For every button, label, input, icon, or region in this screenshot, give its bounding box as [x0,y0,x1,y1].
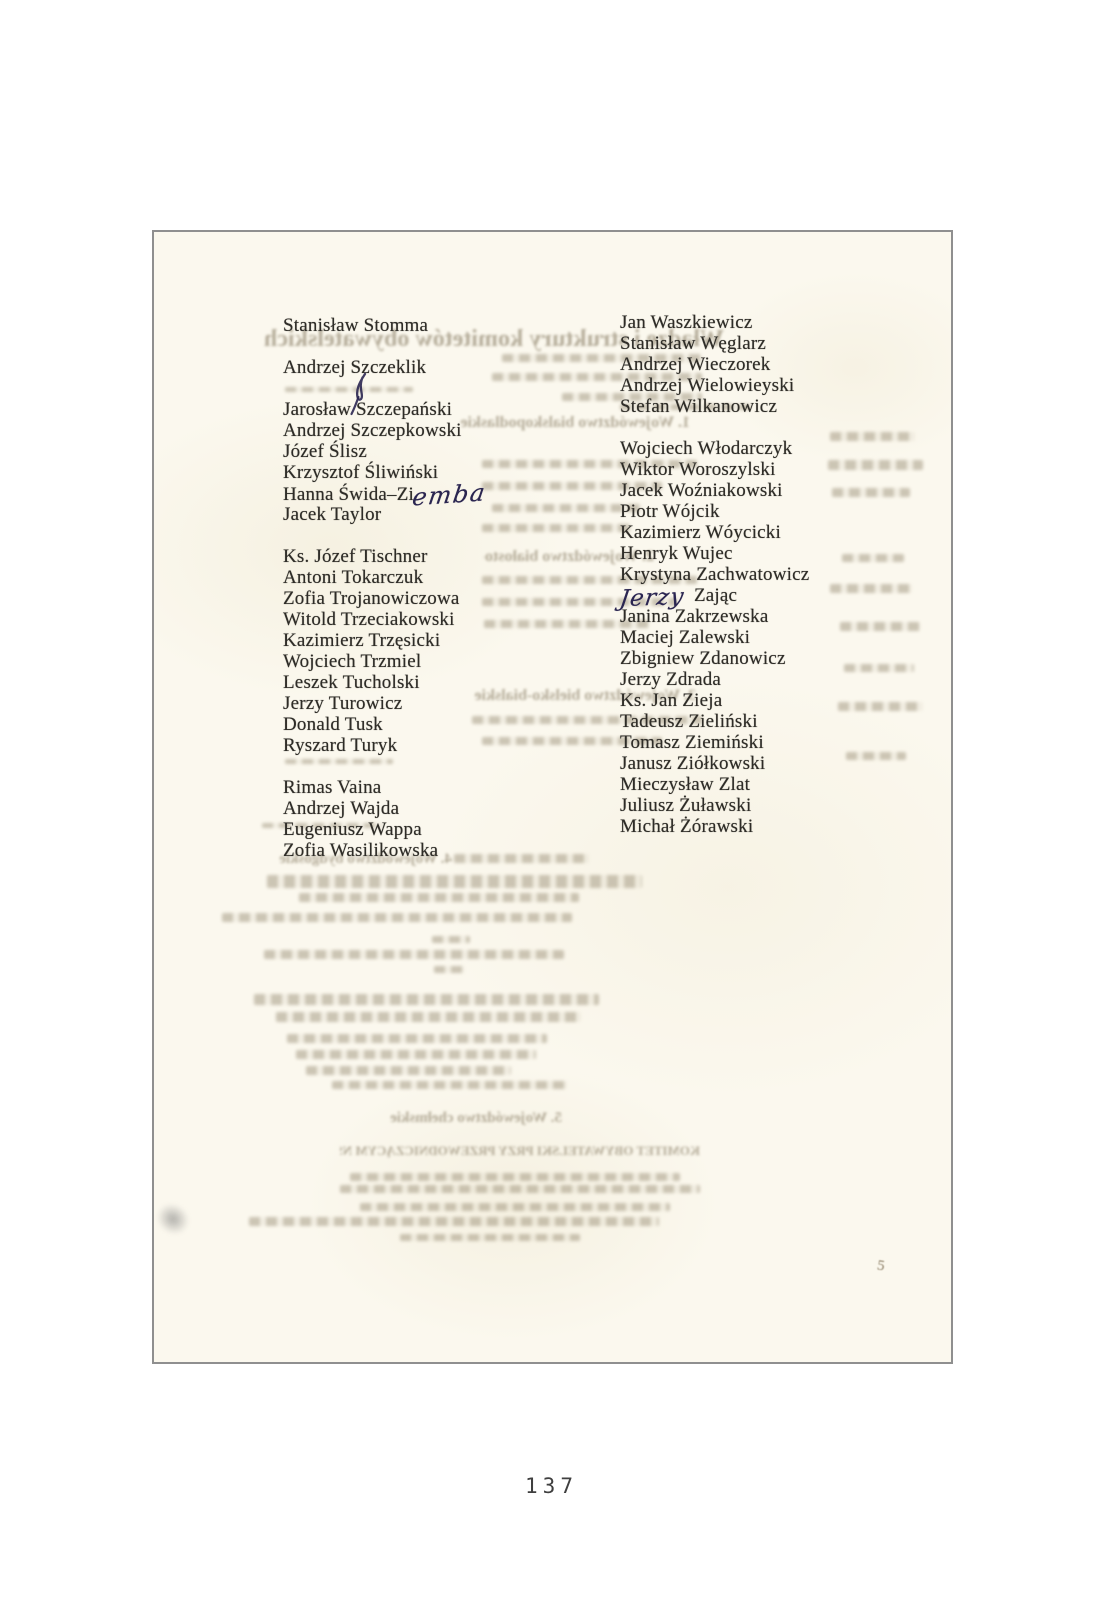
name-row: Hanna Świda–Ziemba [283,483,486,504]
names-column-right: Jan WaszkiewiczStanisław WęglarzAndrzej … [620,312,809,858]
name-row: Mieczysław Zlat [620,774,809,795]
name-row: Henryk Wujec [620,543,809,564]
typed-name: Wiktor Woroszylski [620,459,776,480]
typed-name: Ryszard Turyk [283,735,397,756]
typed-name: Wojciech Trzmiel [283,651,421,672]
name-row: Andrzej Szczeklik [283,357,486,378]
name-row: Jarosław Szczepański [283,399,486,420]
typed-name: Antoni Tokarczuk [283,567,423,588]
typed-name: Leszek Tucholski [283,672,420,693]
name-row: Jerzy Zdrada [620,669,809,690]
bleedthrough-bar [846,752,906,760]
name-row: Ks. Józef Tischner [283,546,486,567]
name-row: Stanisław Węglarz [620,333,809,354]
bleedthrough-bar [264,950,564,959]
bleedthrough-bar [249,1217,659,1226]
typed-name: Juliusz Żuławski [620,795,751,816]
typed-name: Mieczysław Zlat [620,774,750,795]
typed-name: Andrzej Szczepkowski [283,420,462,441]
bleedthrough-bar [254,994,599,1005]
bleedthrough-bar [400,1234,580,1241]
bleedthrough-bar [287,1034,547,1043]
name-row: Leszek Tucholski [283,672,486,693]
name-row: Piotr Wójcik [620,501,809,522]
name-row: Antoni Tokarczuk [283,567,486,588]
bleedthrough-bar [332,1081,567,1089]
bleedthrough-bar [299,893,579,902]
name-row: Stanisław Stomma [283,315,486,336]
bleedthrough-heading: KOMITET OBYWATELSKI PRZY PRZEWODNICZĄCYM… [340,1143,700,1159]
name-row: Zofia Trojanowiczowa [283,588,486,609]
name-row: Andrzej Szczepkowski [283,420,486,441]
typed-name: Stanisław Stomma [283,315,428,336]
footer-page-number: 137 [0,1474,1103,1498]
scanned-document-view: { "scan_page": { "paper_color": "#fbf8ee… [0,0,1103,1600]
name-group: Stanisław Stomma [283,315,486,336]
name-row: Janusz Ziółkowski [620,753,809,774]
bleedthrough-bar [434,966,464,973]
name-row: Zbigniew Zdanowicz [620,648,809,669]
typed-name: Krzysztof Śliwiński [283,462,438,483]
typed-name: Maciej Zalewski [620,627,750,648]
typed-name: Donald Tusk [283,714,383,735]
typed-name: Janusz Ziółkowski [620,753,765,774]
bleedthrough-bar [276,1012,581,1022]
bleedthrough-bar [222,913,572,922]
name-row: Tadeusz Zieliński [620,711,809,732]
bleedthrough-bar [296,1050,536,1059]
bleedthrough-bar [482,524,632,532]
bleedthrough-bar [360,1203,670,1211]
typed-name: Kazimierz Wóycicki [620,522,781,543]
name-row: Rimas Vaina [283,777,486,798]
name-row: Jerzy Turowicz [283,693,486,714]
name-row: Kazimierz Trzęsicki [283,630,486,651]
corner-page-number: 5 [876,1258,886,1276]
typed-name: Rimas Vaina [283,777,381,798]
typed-name: Zofia Trojanowiczowa [283,588,460,609]
name-row: Michał Żórawski [620,816,809,837]
names-column-left: Stanisław StommaAndrzej SzczeklikJarosła… [283,315,486,882]
typed-name: Andrzej Wielowieyski [620,375,794,396]
name-row: Jacek Woźniakowski [620,480,809,501]
name-row: Wiktor Woroszylski [620,459,809,480]
bleedthrough-bar [844,664,914,672]
name-group: Ks. Józef TischnerAntoni TokarczukZofia … [283,546,486,756]
name-row: Donald Tusk [283,714,486,735]
name-group: Jarosław SzczepańskiAndrzej Szczepkowski… [283,399,486,525]
name-group: Wojciech WłodarczykWiktor WoroszylskiJac… [620,438,809,837]
name-group: Andrzej Szczeklik [283,357,486,378]
typed-name: Zbigniew Zdanowicz [620,648,786,669]
typed-name: Witold Trzeciakowski [283,609,455,630]
name-row: Zofia Wasilikowska [283,840,486,861]
typed-name: Krystyna Zachwatowicz [620,564,809,585]
name-row: Stefan Wilkanowicz [620,396,809,417]
typed-name: Piotr Wójcik [620,501,720,522]
bleedthrough-bar [840,622,920,631]
typed-name: Michał Żórawski [620,816,753,837]
typed-name: Janina Zakrzewska [620,606,768,627]
typed-name: Tadeusz Zieliński [620,711,758,732]
name-row: Ryszard Turyk [283,735,486,756]
name-row: Maciej Zalewski [620,627,809,648]
name-row: Kazimierz Wóycicki [620,522,809,543]
typed-name: Stanisław Węglarz [620,333,766,354]
name-group: Jan WaszkiewiczStanisław WęglarzAndrzej … [620,312,809,417]
typed-name: Zofia Wasilikowska [283,840,438,861]
bleedthrough-bar [838,702,923,711]
bleedthrough-bar [832,488,910,497]
typed-name: Andrzej Wajda [283,798,399,819]
typed-name: Wojciech Włodarczyk [620,438,792,459]
typed-name: Jerzy Turowicz [283,693,402,714]
name-row: Eugeniusz Wappa [283,819,486,840]
name-row: Józef Ślisz [283,441,486,462]
handwritten-insertion-mark [348,371,372,417]
name-row: JerzyZając [620,585,809,606]
scan-page: Władze i struktury komitetów obywatelski… [152,230,953,1364]
bleedthrough-bar [830,584,912,593]
name-row: Andrzej Wajda [283,798,486,819]
typed-name: Hanna Świda–Zi [283,484,414,505]
bleedthrough-bar [432,936,470,943]
name-group: Rimas VainaAndrzej WajdaEugeniusz WappaZ… [283,777,486,861]
typed-name: Henryk Wujec [620,543,733,564]
typed-name: Józef Ślisz [283,441,367,462]
typed-name: Stefan Wilkanowicz [620,396,777,417]
name-row: Krystyna Zachwatowicz [620,564,809,585]
ink-smudge [150,1197,195,1241]
name-row: Janina Zakrzewska [620,606,809,627]
typed-name: Jerzy Zdrada [620,669,721,690]
name-row: Andrzej Wieczorek [620,354,809,375]
bleedthrough-bar [828,460,923,470]
name-row: Ks. Jan Zieja [620,690,809,711]
bleedthrough-heading: 5. Województwo chełmskie [377,1110,562,1127]
typed-name: Jacek Taylor [283,504,381,525]
typed-name: Kazimierz Trzęsicki [283,630,440,651]
typed-name: Ks. Józef Tischner [283,546,428,567]
bleedthrough-bar [306,1066,511,1075]
bleedthrough-bar [340,1185,700,1193]
bleedthrough-bar [830,432,915,441]
name-row: Jan Waszkiewicz [620,312,809,333]
typed-name: Andrzej Wieczorek [620,354,771,375]
typed-name: Jacek Woźniakowski [620,480,783,501]
typed-name: Ks. Jan Zieja [620,690,722,711]
typed-name: Eugeniusz Wappa [283,819,422,840]
name-row: Wojciech Trzmiel [283,651,486,672]
typed-name: Jan Waszkiewicz [620,312,752,333]
name-row: Tomasz Ziemiński [620,732,809,753]
bleedthrough-bar [350,1173,680,1181]
bleedthrough-bar [842,554,904,562]
typed-name: Tomasz Ziemiński [620,732,764,753]
typed-name: Zając [694,585,737,606]
name-row: Juliusz Żuławski [620,795,809,816]
name-row: Witold Trzeciakowski [283,609,486,630]
name-row: Andrzej Wielowieyski [620,375,809,396]
name-row: Wojciech Włodarczyk [620,438,809,459]
name-row: Jacek Taylor [283,504,486,525]
